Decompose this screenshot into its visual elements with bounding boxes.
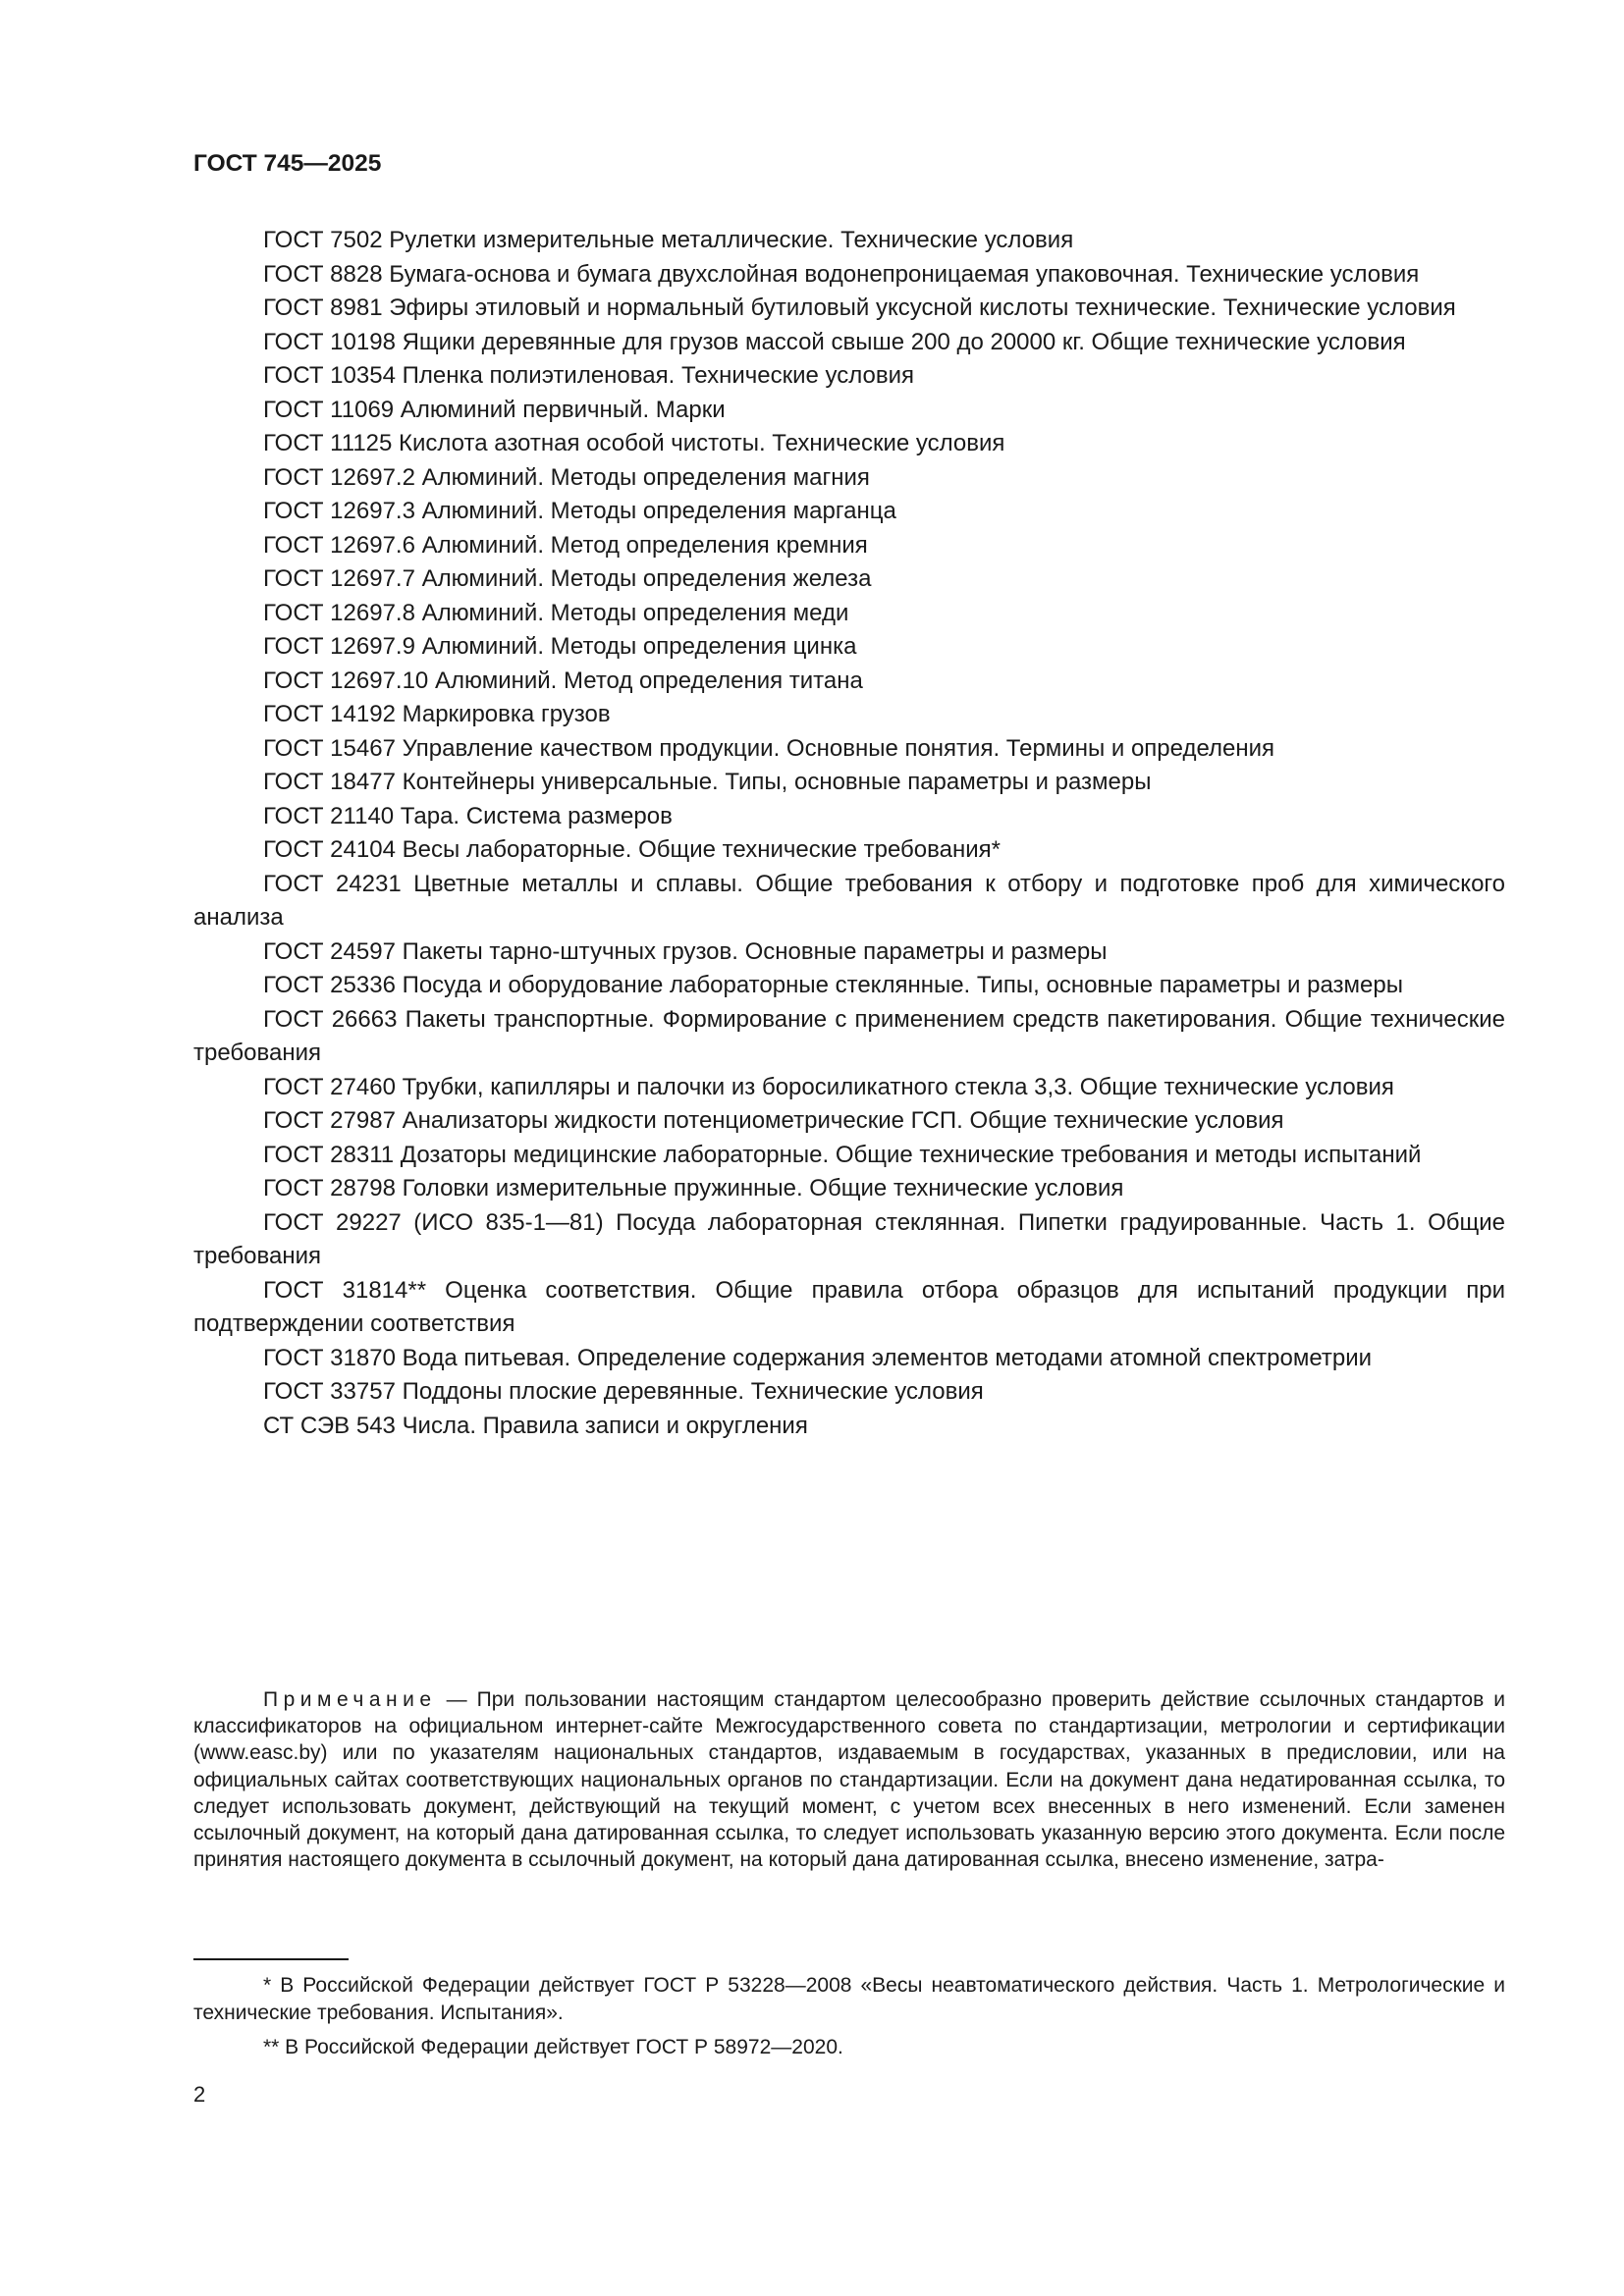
reference-item: ГОСТ 12697.8 Алюминий. Методы определени…: [193, 597, 1505, 631]
reference-item: ГОСТ 24597 Пакеты тарно-штучных грузов. …: [193, 935, 1505, 970]
footnotes: * В Российской Федерации действует ГОСТ …: [193, 1972, 1505, 2069]
reference-item: ГОСТ 12697.9 Алюминий. Методы определени…: [193, 630, 1505, 665]
note-paragraph: Примечание — При пользовании настоящим с…: [193, 1686, 1505, 1873]
reference-item: ГОСТ 12697.7 Алюминий. Методы определени…: [193, 562, 1505, 597]
reference-item: ГОСТ 12697.2 Алюминий. Методы определени…: [193, 461, 1505, 496]
note-label: Примечание: [263, 1688, 437, 1711]
reference-item: ГОСТ 28798 Головки измерительные пружинн…: [193, 1172, 1505, 1206]
reference-item: ГОСТ 8981 Эфиры этиловый и нормальный бу…: [193, 292, 1505, 326]
note-text: — При пользовании настоящим стандартом ц…: [193, 1688, 1505, 1871]
reference-item: ГОСТ 12697.3 Алюминий. Методы определени…: [193, 495, 1505, 529]
reference-item: ГОСТ 8828 Бумага-основа и бумага двухсло…: [193, 258, 1505, 293]
document-header: ГОСТ 745—2025: [193, 149, 381, 179]
footnote-item: ** В Российской Федерации действует ГОСТ…: [193, 2034, 1505, 2061]
reference-item: ГОСТ 11069 Алюминий первичный. Марки: [193, 394, 1505, 428]
page-number: 2: [193, 2082, 205, 2108]
reference-item: ГОСТ 27987 Анализаторы жидкости потенцио…: [193, 1104, 1505, 1139]
reference-item: ГОСТ 29227 (ИСО 835-1—81) Посуда лаборат…: [193, 1206, 1505, 1274]
reference-item: ГОСТ 7502 Рулетки измерительные металлич…: [193, 224, 1505, 258]
reference-item: ГОСТ 28311 Дозаторы медицинские лаборато…: [193, 1139, 1505, 1173]
reference-item: ГОСТ 10198 Ящики деревянные для грузов м…: [193, 326, 1505, 360]
reference-item: ГОСТ 33757 Поддоны плоские деревянные. Т…: [193, 1375, 1505, 1410]
reference-item: ГОСТ 12697.10 Алюминий. Метод определени…: [193, 665, 1505, 699]
reference-item: ГОСТ 21140 Тара. Система размеров: [193, 800, 1505, 834]
reference-item: ГОСТ 27460 Трубки, капилляры и палочки и…: [193, 1071, 1505, 1105]
reference-item: ГОСТ 26663 Пакеты транспортные. Формиров…: [193, 1003, 1505, 1071]
reference-item: ГОСТ 18477 Контейнеры универсальные. Тип…: [193, 766, 1505, 800]
reference-item: ГОСТ 24231 Цветные металлы и сплавы. Общ…: [193, 868, 1505, 935]
normative-references-list: ГОСТ 7502 Рулетки измерительные металлич…: [193, 224, 1505, 1443]
reference-item: ГОСТ 12697.6 Алюминий. Метод определения…: [193, 529, 1505, 563]
footnote-separator: [193, 1958, 349, 1960]
reference-item: ГОСТ 15467 Управление качеством продукци…: [193, 732, 1505, 767]
reference-item: ГОСТ 24104 Весы лабораторные. Общие техн…: [193, 833, 1505, 868]
footnote-item: * В Российской Федерации действует ГОСТ …: [193, 1972, 1505, 2026]
reference-item: ГОСТ 25336 Посуда и оборудование лаборат…: [193, 969, 1505, 1003]
reference-item: СТ СЭВ 543 Числа. Правила записи и округ…: [193, 1410, 1505, 1444]
reference-item: ГОСТ 10354 Пленка полиэтиленовая. Технич…: [193, 359, 1505, 394]
reference-item: ГОСТ 31814** Оценка соответствия. Общие …: [193, 1274, 1505, 1342]
reference-item: ГОСТ 31870 Вода питьевая. Определение со…: [193, 1342, 1505, 1376]
reference-item: ГОСТ 14192 Маркировка грузов: [193, 698, 1505, 732]
reference-item: ГОСТ 11125 Кислота азотная особой чистот…: [193, 427, 1505, 461]
